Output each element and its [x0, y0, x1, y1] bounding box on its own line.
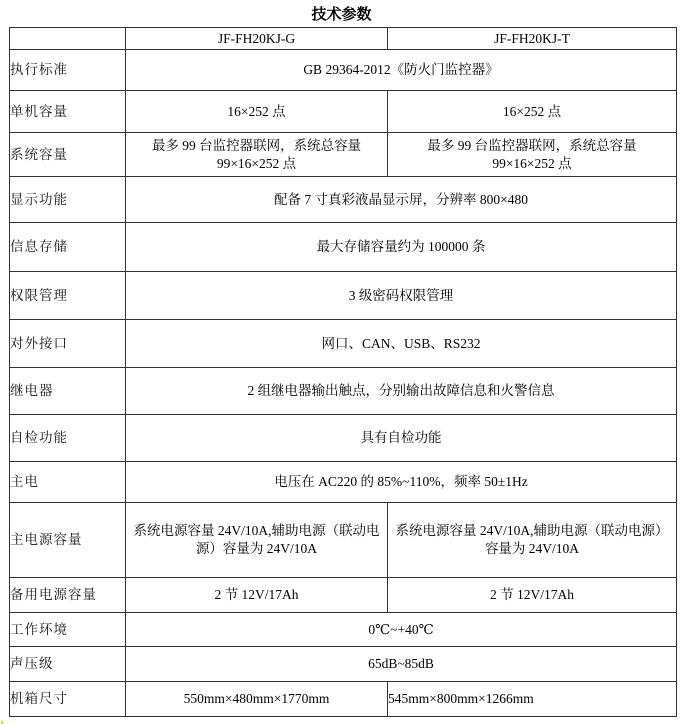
table-row: 机箱尺寸 550mm×480mm×1770mm 545mm×800mm×1266…: [10, 682, 677, 717]
table-row: 信息存储 最大存储容量约为 100000 条: [10, 223, 677, 272]
table-row: 显示功能 配备 7 寸真彩液晶显示屏，分辨率 800×480: [10, 177, 677, 223]
row-label: 对外接口: [10, 320, 126, 368]
row-label: 系统容量: [10, 133, 126, 177]
row-value-g: 550mm×480mm×1770mm: [126, 682, 388, 717]
row-value: 电压在 AC220 的 85%~110%，频率 50±1Hz: [126, 462, 677, 503]
row-value: 65dB~85dB: [126, 647, 677, 682]
row-label: 主电: [10, 462, 126, 503]
table-row: 执行标准 GB 29364-2012《防火门监控器》: [10, 50, 677, 91]
table-row: 声压级 65dB~85dB: [10, 647, 677, 682]
row-value: 配备 7 寸真彩液晶显示屏，分辨率 800×480: [126, 177, 677, 223]
row-value: 网口、CAN、USB、RS232: [126, 320, 677, 368]
row-value-t: 16×252 点: [388, 91, 677, 133]
row-label: 声压级: [10, 647, 126, 682]
row-value: 2 组继电器输出触点，分别输出故障信息和火警信息: [126, 368, 677, 415]
table-row: 主电源容量 系统电源容量 24V/10A,辅助电源（联动电源）容量为 24V/1…: [10, 503, 677, 578]
header-model-t: JF-FH20KJ-T: [388, 28, 677, 50]
table-row: 单机容量 16×252 点 16×252 点: [10, 91, 677, 133]
table-row: 工作环境 0℃~+40℃: [10, 613, 677, 647]
row-label: 继电器: [10, 368, 126, 415]
row-value-g: 最多 99 台监控器联网，系统总容量 99×16×252 点: [126, 133, 388, 177]
row-value: 3 级密码权限管理: [126, 272, 677, 320]
header-corner: [10, 28, 126, 50]
table-row: 自检功能 具有自检功能: [10, 415, 677, 462]
table-row: 对外接口 网口、CAN、USB、RS232: [10, 320, 677, 368]
row-value: 具有自检功能: [126, 415, 677, 462]
row-label: 单机容量: [10, 91, 126, 133]
header-row: JF-FH20KJ-G JF-FH20KJ-T: [10, 28, 677, 50]
spec-table: JF-FH20KJ-G JF-FH20KJ-T 执行标准 GB 29364-20…: [9, 27, 677, 717]
row-value: GB 29364-2012《防火门监控器》: [126, 50, 677, 91]
table-row: 继电器 2 组继电器输出触点，分别输出故障信息和火警信息: [10, 368, 677, 415]
row-label: 自检功能: [10, 415, 126, 462]
row-value: 最大存储容量约为 100000 条: [126, 223, 677, 272]
row-label: 权限管理: [10, 272, 126, 320]
row-value-t: 2 节 12V/17Ah: [388, 578, 677, 613]
row-label: 工作环境: [10, 613, 126, 647]
table-row: 备用电源容量 2 节 12V/17Ah 2 节 12V/17Ah: [10, 578, 677, 613]
row-label: 执行标准: [10, 50, 126, 91]
row-label: 备用电源容量: [10, 578, 126, 613]
row-value-t: 545mm×800mm×1266mm: [388, 682, 677, 717]
row-label: 显示功能: [10, 177, 126, 223]
row-label: 信息存储: [10, 223, 126, 272]
row-value-t: 系统电源容量 24V/10A,辅助电源（联动电源）容量为 24V/10A: [388, 503, 677, 578]
document-title: 技术参数: [0, 4, 683, 24]
table-row: 权限管理 3 级密码权限管理: [10, 272, 677, 320]
row-value-g: 2 节 12V/17Ah: [126, 578, 388, 613]
header-model-g: JF-FH20KJ-G: [126, 28, 388, 50]
row-value-g: 16×252 点: [126, 91, 388, 133]
row-value: 0℃~+40℃: [126, 613, 677, 647]
row-label: 机箱尺寸: [10, 682, 126, 717]
table-row: 主电 电压在 AC220 的 85%~110%，频率 50±1Hz: [10, 462, 677, 503]
row-value-g: 系统电源容量 24V/10A,辅助电源（联动电源）容量为 24V/10A: [126, 503, 388, 578]
row-value-t: 最多 99 台监控器联网，系统总容量 99×16×252 点: [388, 133, 677, 177]
row-label: 主电源容量: [10, 503, 126, 578]
table-row: 系统容量 最多 99 台监控器联网，系统总容量 99×16×252 点 最多 9…: [10, 133, 677, 177]
